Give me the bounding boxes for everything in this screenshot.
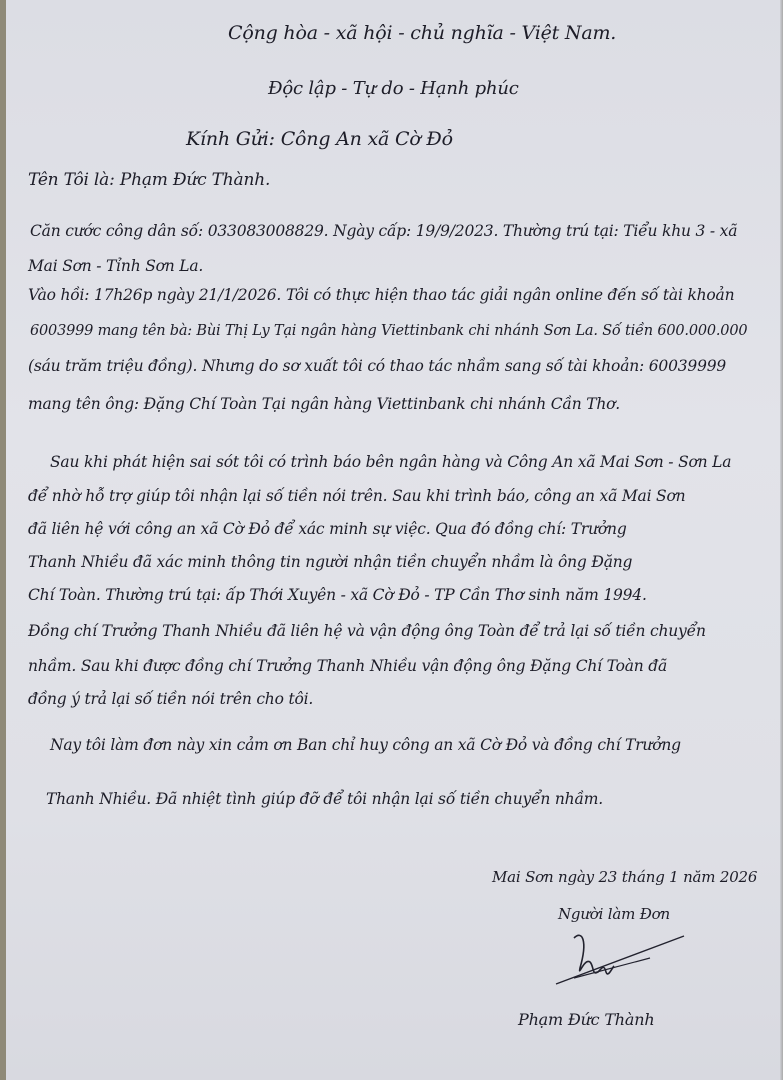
body-line: đồng ý trả lại số tiền nói trên cho tôi. bbox=[28, 690, 313, 708]
body-line: Tên Tôi là: Phạm Đức Thành. bbox=[28, 170, 270, 190]
national-motto-line1: Cộng hòa - xã hội - chủ nghĩa - Việt Nam… bbox=[228, 22, 616, 44]
body-line: đã liên hệ với công an xã Cờ Đỏ để xác m… bbox=[28, 520, 627, 538]
body-line: Thanh Nhiều. Đã nhiệt tình giúp đỡ để tô… bbox=[46, 790, 603, 808]
body-line: Vào hồi: 17h26p ngày 21/1/2026. Tôi có t… bbox=[28, 286, 734, 304]
body-line: 6003999 mang tên bà: Bùi Thị Ly Tại ngân… bbox=[30, 323, 747, 339]
body-line: Đồng chí Trưởng Thanh Nhiều đã liên hệ v… bbox=[28, 622, 706, 640]
body-line: nhầm. Sau khi được đồng chí Trưởng Thanh… bbox=[28, 657, 667, 675]
signer-name: Phạm Đức Thành bbox=[518, 1010, 654, 1029]
body-line: Thanh Nhiều đã xác minh thông tin người … bbox=[28, 553, 632, 571]
handwritten-letter: Cộng hòa - xã hội - chủ nghĩa - Việt Nam… bbox=[6, 0, 783, 1080]
national-motto-line2: Độc lập - Tự do - Hạnh phúc bbox=[268, 78, 519, 99]
signature-mark bbox=[554, 928, 704, 998]
body-line: Nay tôi làm đơn này xin cảm ơn Ban chỉ h… bbox=[50, 736, 681, 754]
body-line: Chí Toàn. Thường trú tại: ấp Thới Xuyên … bbox=[28, 586, 647, 604]
body-line: (sáu trăm triệu đồng). Nhưng do sơ xuất … bbox=[28, 357, 726, 375]
recipient-line: Kính Gửi: Công An xã Cờ Đỏ bbox=[186, 128, 453, 150]
body-line: Sau khi phát hiện sai sót tôi có trình b… bbox=[50, 453, 731, 471]
body-line: mang tên ông: Đặng Chí Toàn Tại ngân hàn… bbox=[28, 395, 620, 413]
body-line: Mai Sơn - Tỉnh Sơn La. bbox=[28, 257, 203, 275]
body-line: để nhờ hỗ trợ giúp tôi nhận lại số tiền … bbox=[28, 487, 685, 505]
body-line: Căn cước công dân số: 033083008829. Ngày… bbox=[30, 222, 737, 240]
place-date: Mai Sơn ngày 23 tháng 1 năm 2026 bbox=[492, 868, 757, 886]
signer-label: Người làm Đơn bbox=[558, 905, 670, 923]
